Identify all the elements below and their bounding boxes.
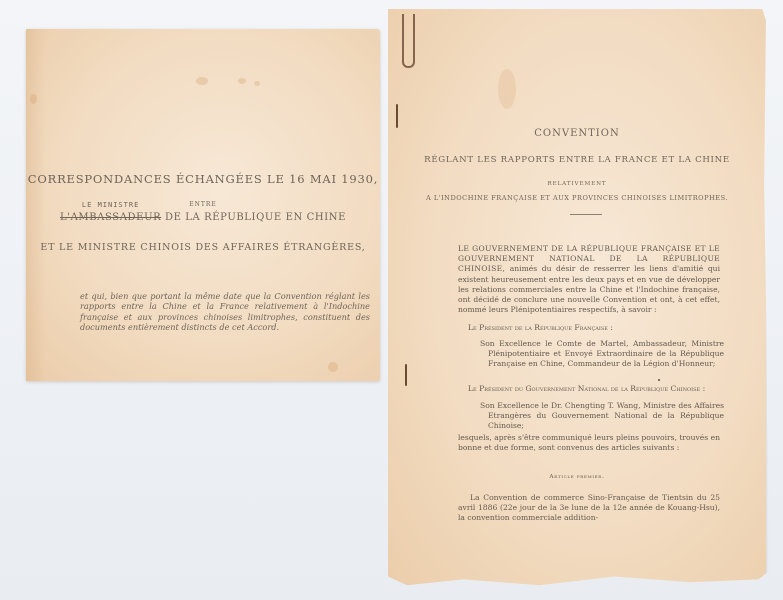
convention-heading: Convention [388, 128, 766, 139]
stain [196, 77, 208, 85]
stain [254, 81, 260, 86]
article-heading: Article premier. [388, 472, 766, 482]
plenipotentiary-china: Son Excellence le Dr. Chengting T. Wang,… [480, 401, 724, 432]
stain [238, 78, 246, 84]
right-document-page: Convention Réglant les rapports entre la… [388, 9, 766, 594]
struck-word: LE MINISTREL'Ambassadeur [60, 212, 161, 223]
speck [658, 379, 660, 381]
left-doc-entre: entre [26, 201, 380, 208]
plenipotentiary-france: Son Excellence le Comte de Martel, Ambas… [480, 339, 724, 370]
stain [328, 362, 338, 372]
ambassador-line-rest: de la République en Chine [165, 212, 346, 223]
convention-relativement: relativement [388, 181, 766, 187]
president-france-label: Le Président de la République Française … [468, 323, 718, 333]
preamble-paragraph: Le Gouvernement de la République Françai… [458, 244, 720, 315]
president-china-label: Le Président du Gouvernement National de… [468, 384, 718, 394]
staple-mark [402, 14, 415, 68]
left-doc-ambassador-line: LE MINISTREL'Ambassadeur de la Républiqu… [26, 212, 380, 223]
handwritten-correction: LE MINISTRE [82, 201, 139, 209]
convention-subheading: Réglant les rapports entre la France et … [388, 155, 766, 165]
left-document-page: Correspondances échangées le 16 mai 1930… [26, 29, 380, 381]
staple-mark [396, 104, 398, 128]
stain [30, 94, 37, 104]
staple-mark [405, 364, 407, 386]
left-doc-paragraph: et qui, bien que portant la même date qu… [80, 291, 370, 332]
left-doc-minister-line: et le Ministre Chinois des Affaires Étra… [26, 242, 380, 253]
lesquels-paragraph: lesquels, après s'être communiqué leurs … [458, 433, 720, 453]
left-doc-title: Correspondances échangées le 16 mai 1930… [26, 172, 380, 186]
divider [570, 214, 602, 215]
water-stain [498, 69, 516, 109]
article-one-text: La Convention de commerce Sino-Française… [458, 493, 720, 524]
convention-subheading-2: A l'Indochine française et aux provinces… [388, 194, 766, 202]
